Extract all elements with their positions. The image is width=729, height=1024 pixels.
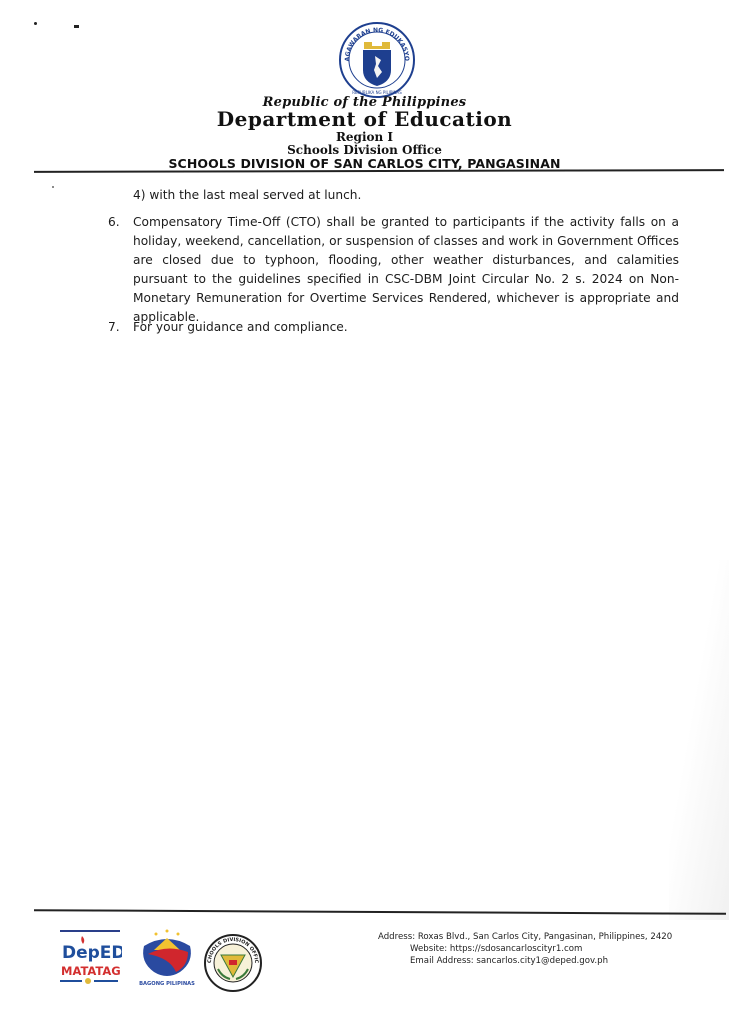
list-item: 7. For your guidance and compliance. <box>108 318 678 338</box>
header-divider <box>34 169 724 173</box>
item-number: 6. <box>108 213 132 232</box>
item-text: Compensatory Time-Off (CTO) shall be gra… <box>133 213 679 327</box>
scan-speck <box>52 186 54 188</box>
sdo-seal-icon: SCHOOLS DIVISION OFFICE <box>202 933 264 993</box>
matatag-wordmark: MATATAG <box>61 964 121 978</box>
list-item: 6. Compensatory Time-Off (CTO) shall be … <box>108 213 678 313</box>
deped-matatag-logo-icon: DepED MATATAG <box>60 928 122 986</box>
bagong-pilipinas-wordmark: BAGONG PILIPINAS <box>139 981 195 987</box>
deped-wordmark: DepED <box>62 943 122 963</box>
office-line: Schools Division Office <box>0 143 729 157</box>
deped-seal-icon: KAGAWARAN NG EDUKASYON REPUBLIKA NG PILI… <box>337 20 417 100</box>
address-line: Address: Roxas Blvd., San Carlos City, P… <box>378 931 688 943</box>
continuation-text: 4) with the last meal served at lunch. <box>133 186 361 205</box>
email-line: Email Address: sancarlos.city1@deped.gov… <box>378 955 688 967</box>
footer-divider <box>34 909 726 915</box>
item-number: 7. <box>108 318 132 337</box>
website-line: Website: https://sdosancarloscityr1.com <box>378 943 688 955</box>
page-edge-shadow <box>669 560 729 920</box>
item-text: For your guidance and compliance. <box>133 318 679 337</box>
scan-speck <box>74 25 79 28</box>
contact-info: Address: Roxas Blvd., San Carlos City, P… <box>378 931 688 967</box>
region-line: Region I <box>0 130 729 144</box>
department-title: Department of Education <box>0 107 729 131</box>
bagong-pilipinas-logo-icon: BAGONG PILIPINAS <box>136 928 198 988</box>
scan-speck <box>34 22 37 25</box>
